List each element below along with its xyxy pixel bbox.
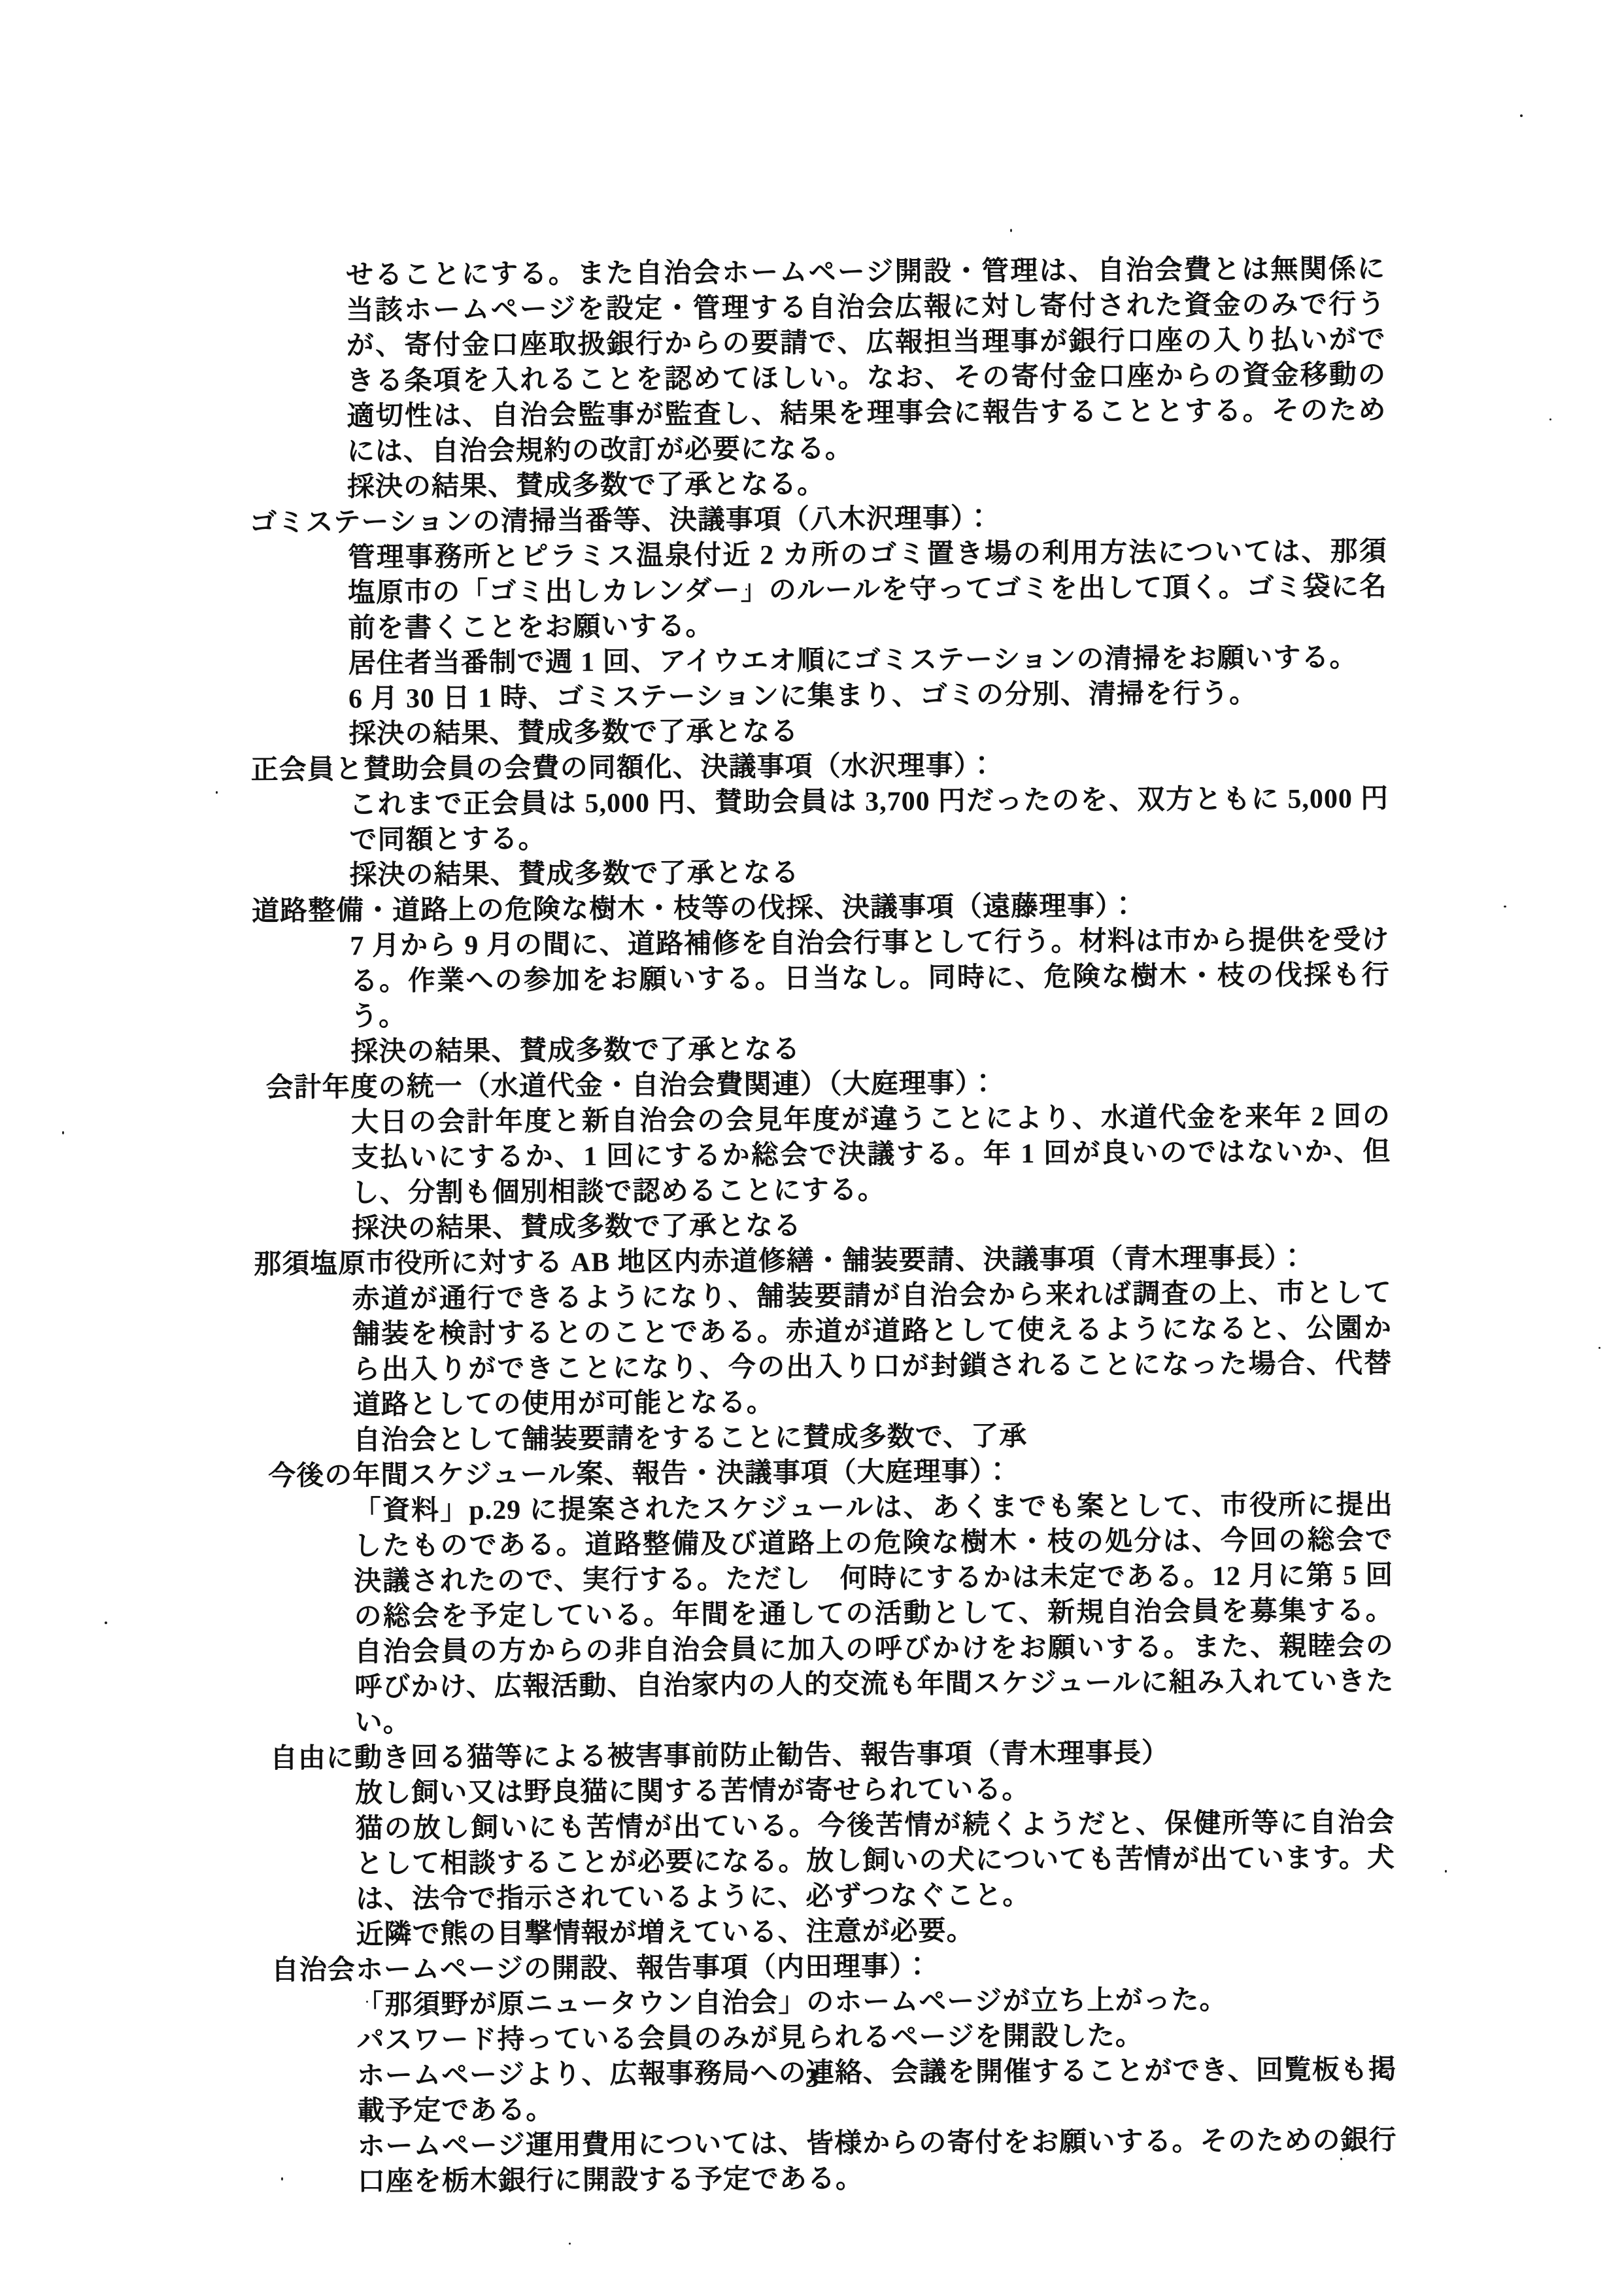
paragraph: 管理事務所とピラミス温泉付近 2 カ所のゴミ置き場の利用方法については、那須塩原…	[348, 534, 1388, 647]
paragraph: パスワード持っている会員のみが見られるページを開設した。	[356, 2017, 1396, 2059]
scan-noise-speck	[745, 588, 747, 590]
paragraph: 採決の結果、賛成多数で了承となる	[348, 711, 1388, 753]
scan-noise-speck	[1010, 229, 1012, 232]
paragraph: 7 月から 9 月の間に、道路補修を自治会行事として行う。材料は市から提供を受け…	[350, 923, 1390, 1035]
paragraph: 「資料」p.29 に提案されたスケジュールは、あくまでも案として、市役所に提出し…	[353, 1487, 1394, 1741]
scan-noise-speck	[281, 2177, 283, 2181]
scan-noise-speck	[1520, 114, 1523, 117]
paragraph: ホームページ運用費用については、皆様からの寄付をお願いする。そのための銀行口座を…	[357, 2123, 1397, 2200]
paragraph: 採決の結果、賛成多数で了承となる	[350, 1028, 1390, 1070]
page-number-value: 3	[805, 2064, 819, 2094]
paragraph: 採決の結果、賛成多数で了承となる。	[347, 464, 1387, 505]
scan-noise-speck	[1549, 418, 1551, 420]
paragraph: 6 月 30 日 1 時、ゴミステーションに集まり、ゴミの分別、清掃を行う。	[348, 675, 1388, 717]
paragraph: 猫の放し飼いにも苦情が出ている。今後苦情が続くようだと、保健所等に自治会として相…	[355, 1805, 1395, 1918]
paragraph: 赤道が通行できるようになり、舗装要請が自治会から来れば調査の上、市として舗装を検…	[352, 1276, 1393, 1423]
scanned-page: { "page": { "number": "3" }, "document":…	[0, 0, 1624, 2293]
paragraph: せることにする。また自治会ホームページ開設・管理は、自治会費とは無関係に当該ホー…	[346, 252, 1387, 470]
page-number: 3	[0, 2063, 1624, 2094]
scan-noise-speck	[771, 1752, 773, 1754]
scan-noise-speck	[216, 791, 218, 794]
paragraph: 近隣で熊の目撃情報が増えている、注意が必要。	[356, 1911, 1395, 1953]
paragraph: 自治会として舗装要請をすることに賛成多数で、了承	[353, 1417, 1393, 1459]
scan-noise-speck	[569, 2243, 571, 2245]
scan-noise-speck	[1340, 2158, 1342, 2160]
scan-noise-speck	[105, 1622, 107, 1624]
paragraph: 放し飼い又は野良猫に関する苦情が寄せられている。	[355, 1770, 1395, 1812]
paragraph: 採決の結果、賛成多数で了承となる	[352, 1205, 1391, 1247]
scan-noise-speck	[1445, 1870, 1447, 1873]
scan-noise-speck	[366, 2001, 368, 2003]
scan-noise-speck	[1599, 1347, 1600, 1349]
scan-noise-speck	[62, 1131, 64, 1134]
paragraph: 大日の会計年度と新自治会の会見年度が違うことにより、水道代金を来年 2 回の支払…	[351, 1099, 1391, 1212]
scan-noise-speck	[1504, 906, 1506, 908]
paragraph: 居住者当番制で週 1 回、アイウエオ順にゴミステーションの清掃をお願いする。	[348, 640, 1388, 682]
paragraph: 採決の結果、賛成多数で了承となる	[350, 852, 1389, 894]
paragraph: 「那須野が原ニュータウン自治会」のホームページが立ち上がった。	[356, 1982, 1396, 2024]
scan-noise-speck	[1236, 2079, 1238, 2081]
paragraph: これまで正会員は 5,000 円、賛助会員は 3,700 円だったのを、双方とも…	[349, 781, 1389, 858]
document-body: せることにする。また自治会ホームページ開設・管理は、自治会費とは無関係に当該ホー…	[248, 252, 1397, 2201]
